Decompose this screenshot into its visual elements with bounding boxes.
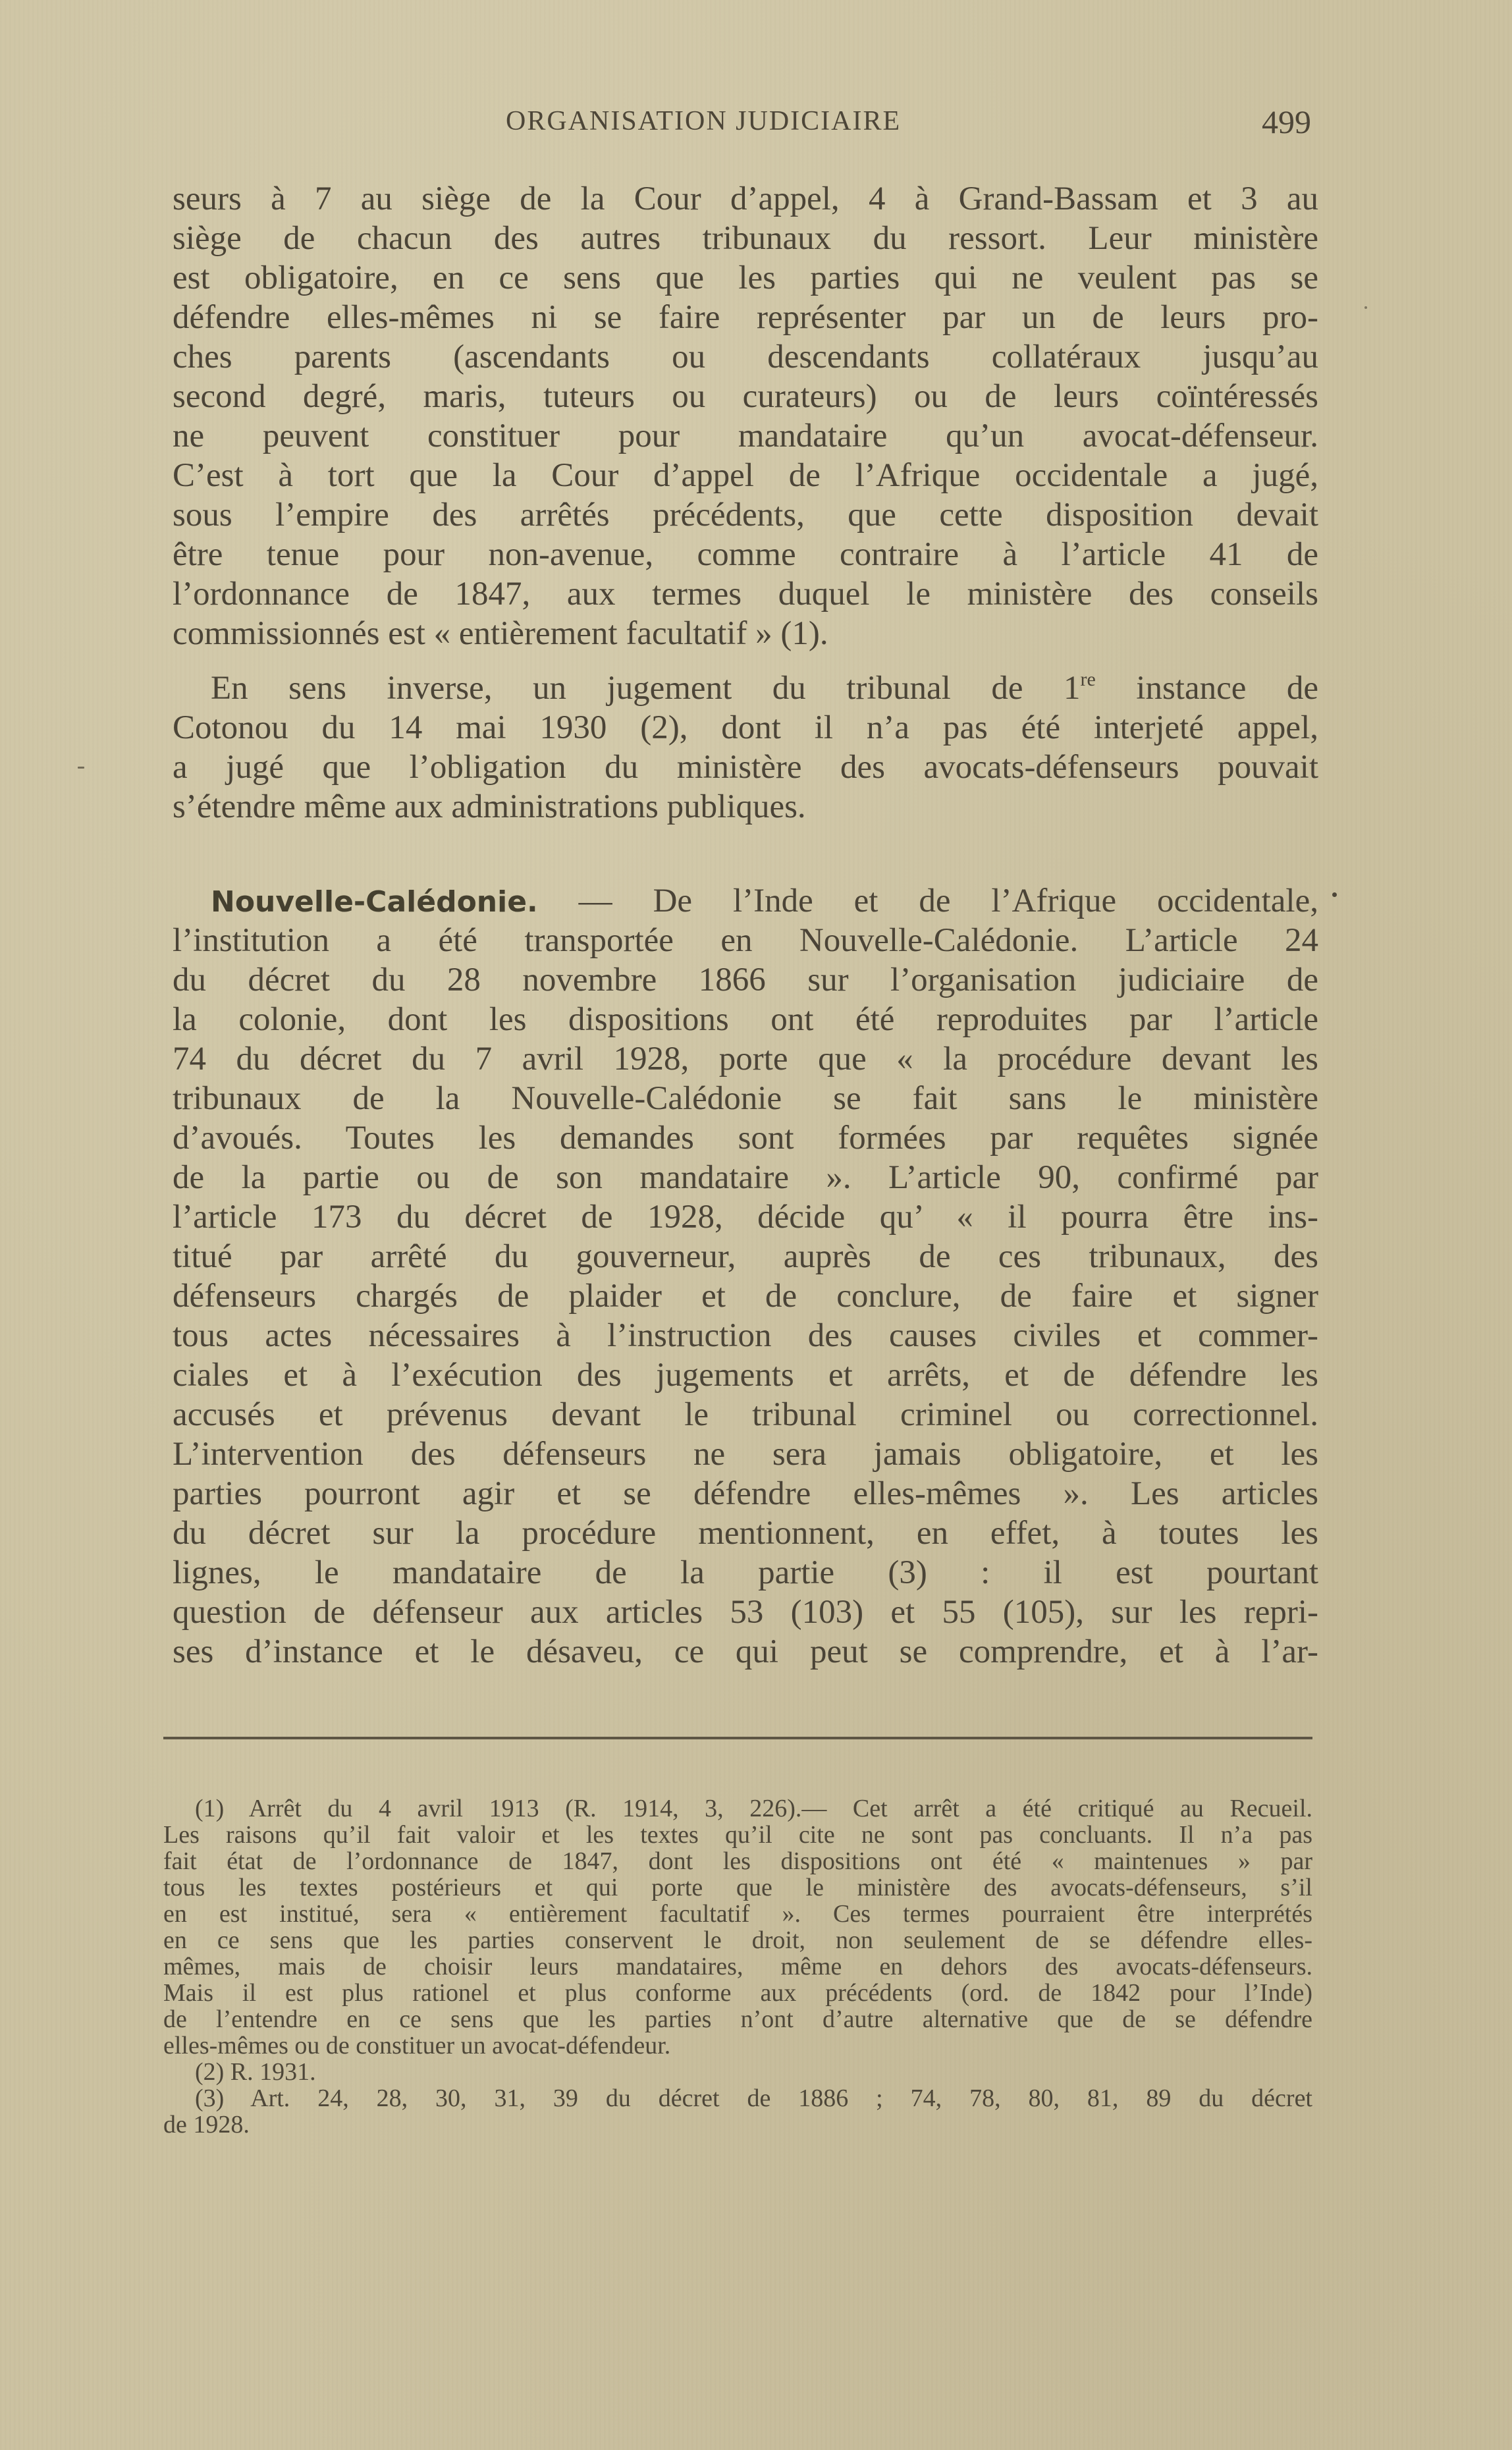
text-line: tribunaux de la Nouvelle-Calédonie se fa… [173, 1079, 1318, 1118]
text-line: C’est à tort que la Cour d’appel de l’Af… [173, 456, 1318, 495]
text-line: En sens inverse, un jugement du tribunal… [173, 668, 1318, 708]
text-line: seurs à 7 au siège de la Cour d’appel, 4… [173, 179, 1318, 219]
footnote-1-line: Mais il est plus rationel et plus confor… [163, 1980, 1312, 2006]
text-line: commissionnés est « entièrement facultat… [173, 614, 1318, 653]
text-line: Cotonou du 14 mai 1930 (2), dont il n’a … [173, 708, 1318, 748]
text-line: d’avoués. Toutes les demandes sont formé… [173, 1118, 1318, 1158]
text-fragment: En sens inverse, un jugement du tribunal… [211, 670, 1080, 707]
footnotes: (1) Arrêt du 4 avril 1913 (R. 1914, 3, 2… [163, 1795, 1312, 2138]
footnote-1-line: Les raisons qu’il fait valoir et les tex… [163, 1822, 1312, 1848]
text-line: a jugé que l’obligation du ministère des… [173, 748, 1318, 787]
text-line: accusés et prévenus devant le tribunal c… [173, 1395, 1318, 1434]
text-fragment: — De l’Inde et de l’Afrique occidentale, [538, 883, 1318, 919]
text-fragment: instance de [1096, 670, 1318, 707]
text-line: ches parents (ascendants ou descendants … [173, 337, 1318, 377]
text-line: siège de chacun des autres tribunaux du … [173, 219, 1318, 258]
text-line: est obligatoire, en ce sens que les part… [173, 258, 1318, 298]
ordinal-superscript: re [1080, 668, 1095, 690]
footnote-3-line: (3) Art. 24, 28, 30, 31, 39 du décret de… [163, 2085, 1312, 2111]
ink-speck [1332, 892, 1337, 897]
text-line: ne peuvent constituer pour mandataire qu… [173, 416, 1318, 456]
text-line: du décret sur la procédure mentionnent, … [173, 1513, 1318, 1553]
footnote-separator-rule [163, 1737, 1312, 1739]
text-line: l’article 173 du décret de 1928, décide … [173, 1197, 1318, 1237]
running-head-title: ORGANISATION JUDICIAIRE [506, 105, 901, 137]
text-line: sous l’empire des arrêtés précédents, qu… [173, 495, 1318, 535]
text-line: être tenue pour non-avenue, comme contra… [173, 535, 1318, 574]
text-line: L’intervention des défenseurs ne sera ja… [173, 1434, 1318, 1474]
text-line: de la partie ou de son mandataire ». L’a… [173, 1158, 1318, 1197]
paragraph-2: En sens inverse, un jugement du tribunal… [173, 668, 1318, 827]
text-line: tous actes nécessaires à l’instruction d… [173, 1316, 1318, 1355]
text-line: titué par arrêté du gouverneur, auprès d… [173, 1237, 1318, 1276]
footnote-1-line: en est institué, sera « entièrement facu… [163, 1901, 1312, 1927]
text-line: 74 du décret du 7 avril 1928, porte que … [173, 1039, 1318, 1079]
footnote-3-line: de 1928. [163, 2111, 1312, 2138]
paragraph-1: seurs à 7 au siège de la Cour d’appel, 4… [173, 179, 1318, 653]
ink-speck [1364, 306, 1367, 309]
footnote-2-line: (2) R. 1931. [163, 2059, 1312, 2085]
text-line: la colonie, dont les dispositions ont ét… [173, 1000, 1318, 1039]
text-line: Nouvelle-Calédonie. — De l’Inde et de l’… [173, 881, 1318, 921]
ink-speck [78, 767, 84, 769]
text-line: du décret du 28 novembre 1866 sur l’orga… [173, 960, 1318, 1000]
footnote-1-line: (1) Arrêt du 4 avril 1913 (R. 1914, 3, 2… [163, 1795, 1312, 1822]
book-page: ORGANISATION JUDICIAIRE 499 seurs à 7 au… [0, 0, 1512, 2450]
section-title: Nouvelle-Calédonie. [211, 885, 538, 919]
text-line: défendre elles-mêmes ni se faire représe… [173, 298, 1318, 337]
paragraph-nouvelle-caledonie: Nouvelle-Calédonie. — De l’Inde et de l’… [173, 881, 1318, 1672]
text-line: second degré, maris, tuteurs ou curateur… [173, 377, 1318, 416]
text-line: lignes, le mandataire de la partie (3) :… [173, 1553, 1318, 1592]
text-line: question de défenseur aux articles 53 (1… [173, 1592, 1318, 1632]
text-line: parties pourront agir et se défendre ell… [173, 1474, 1318, 1513]
text-line: ciales et à l’exécution des jugements et… [173, 1355, 1318, 1395]
text-line: s’étendre même aux administrations publi… [173, 787, 1318, 827]
text-line: défenseurs chargés de plaider et de conc… [173, 1276, 1318, 1316]
footnote-1-line: tous les textes postérieurs et qui porte… [163, 1874, 1312, 1901]
footnote-1-line: fait état de l’ordonnance de 1847, dont … [163, 1848, 1312, 1874]
text-line: ses d’instance et le désaveu, ce qui peu… [173, 1632, 1318, 1672]
text-line: l’ordonnance de 1847, aux termes duquel … [173, 574, 1318, 614]
page-number: 499 [1262, 103, 1311, 141]
footnote-1-line: de l’entendre en ce sens que les parties… [163, 2006, 1312, 2032]
footnote-1-line: en ce sens que les parties conservent le… [163, 1927, 1312, 1953]
footnote-1-line: elles-mêmes ou de constituer un avocat-d… [163, 2032, 1312, 2059]
footnote-1-line: mêmes, mais de choisir leurs mandataires… [163, 1953, 1312, 1980]
text-line: l’institution a été transportée en Nouve… [173, 921, 1318, 960]
